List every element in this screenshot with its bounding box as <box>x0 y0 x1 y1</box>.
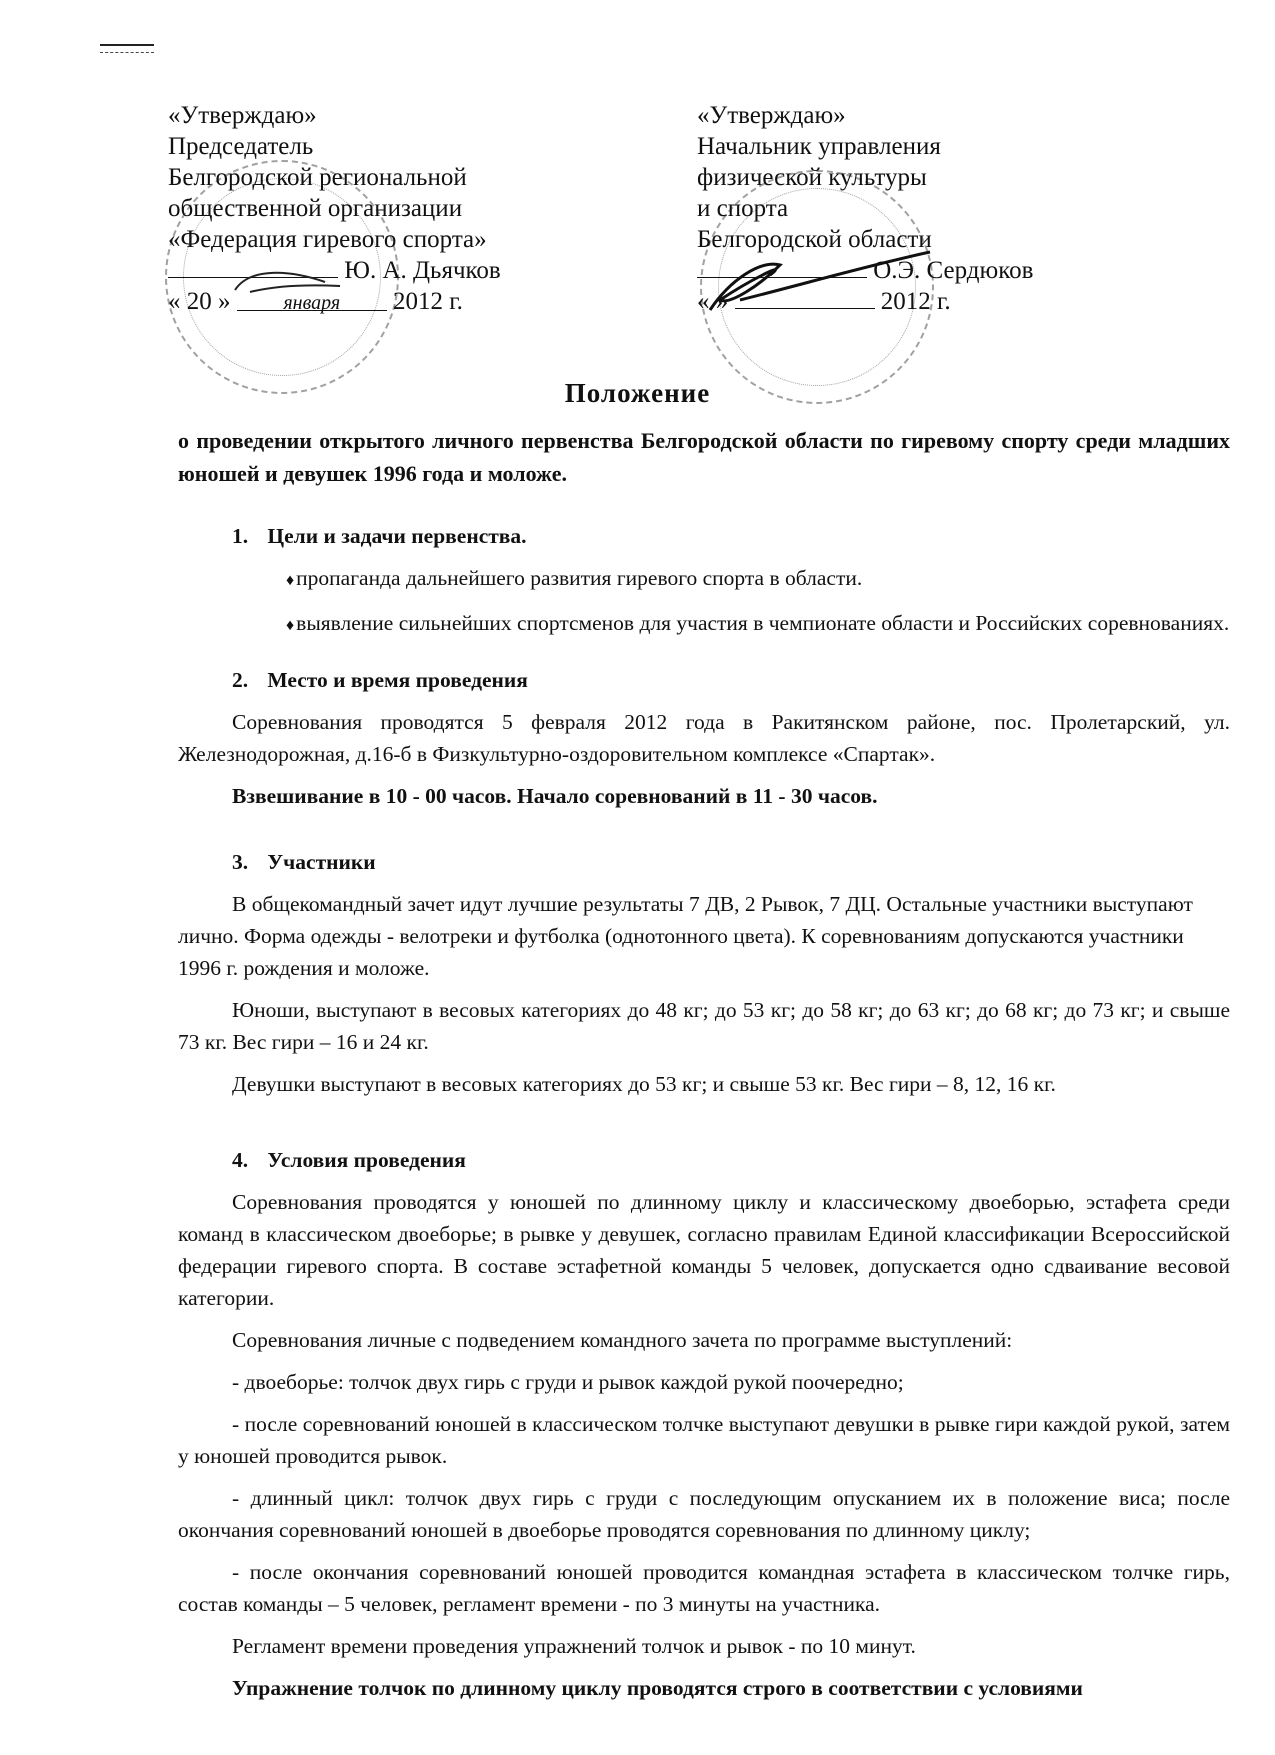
section-4-paragraph: - длинный цикл: толчок двух гирь с груди… <box>178 1482 1230 1546</box>
section-3-paragraph: Юноши, выступают в весовых категориях до… <box>178 994 1230 1058</box>
section-4-paragraph: - после окончания соревнований юношей пр… <box>178 1556 1230 1620</box>
bullet-text: выявление сильнейших спортсменов для уча… <box>296 611 1229 635</box>
approval-right-date: « » 2012 г. <box>697 286 1033 317</box>
section-1-heading: 1. Цели и задачи первенства. <box>178 520 1230 552</box>
section-title: Условия проведения <box>267 1148 466 1172</box>
approval-left-position-4: «Федерация гиревого спорта» <box>168 224 501 255</box>
approval-right-date-month-blank <box>735 286 875 309</box>
section-4-paragraph: - двоеборье: толчок двух гирь с груди и … <box>178 1366 1230 1398</box>
approval-left-heading: «Утверждаю» <box>168 100 501 131</box>
approval-right-date-day: « » <box>697 288 728 315</box>
approval-right-position-2: физической культуры <box>697 162 1033 193</box>
section-2-weighin-time: Взвешивание в 10 - 00 часов. Начало соре… <box>178 780 1230 812</box>
approval-left-signature-line: Ю. А. Дьячков <box>168 255 501 286</box>
document-title: Положение <box>0 378 1275 409</box>
diamond-bullet-icon: ♦ <box>232 565 294 597</box>
approval-block-right: «Утверждаю» Начальник управления физичес… <box>697 100 1033 317</box>
approval-left-position-3: общественной организации <box>168 193 501 224</box>
section-2-paragraph: Соревнования проводятся 5 февраля 2012 г… <box>178 706 1230 770</box>
approval-left-position-2: Белгородской региональной <box>168 162 501 193</box>
section-title: Место и время проведения <box>267 668 528 692</box>
section-number: 2. <box>232 664 262 696</box>
section-number: 3. <box>232 846 262 878</box>
section-title: Участники <box>267 850 375 874</box>
section-1-bullet: ♦выявление сильнейших спортсменов для уч… <box>178 607 1230 642</box>
scan-artifact-mark <box>100 44 154 53</box>
approval-right-position-1: Начальник управления <box>697 131 1033 162</box>
approval-right-signature-line: О.Э. Сердюков <box>697 255 1033 286</box>
section-4-paragraph: Упражнение толчок по длинному циклу пров… <box>178 1672 1230 1704</box>
approval-left-date-day: « 20 » <box>168 288 231 315</box>
section-3-paragraph: В общекомандный зачет идут лучшие резуль… <box>178 888 1230 984</box>
section-4-paragraph: Соревнования личные с подведением команд… <box>178 1324 1230 1356</box>
section-title: Цели и задачи первенства. <box>267 524 526 548</box>
section-4-paragraph: - после соревнований юношей в классическ… <box>178 1408 1230 1472</box>
section-4-heading: 4. Условия проведения <box>178 1144 1230 1176</box>
approval-right-signer: О.Э. Сердюков <box>873 257 1033 284</box>
approval-block-left: «Утверждаю» Председатель Белгородской ре… <box>168 100 501 317</box>
approval-left-signer: Ю. А. Дьячков <box>344 257 500 284</box>
approval-left-date: « 20 » января 2012 г. <box>168 286 501 317</box>
approval-left-position-1: Председатель <box>168 131 501 162</box>
signature-blank <box>168 255 338 278</box>
approval-right-position-3: и спорта <box>697 193 1033 224</box>
section-1-bullet: ♦пропаганда дальнейшего развития гиревог… <box>178 562 1230 597</box>
section-number: 4. <box>232 1144 262 1176</box>
document-subtitle: о проведении открытого личного первенств… <box>178 424 1230 490</box>
document-body: 1. Цели и задачи первенства. ♦пропаганда… <box>178 520 1230 1714</box>
approval-left-date-month: января <box>237 288 387 311</box>
approval-right-heading: «Утверждаю» <box>697 100 1033 131</box>
section-4-paragraph: Регламент времени проведения упражнений … <box>178 1630 1230 1662</box>
section-2-heading: 2. Место и время проведения <box>178 664 1230 696</box>
section-3-paragraph: Девушки выступают в весовых категориях д… <box>178 1068 1230 1100</box>
diamond-bullet-icon: ♦ <box>232 610 294 642</box>
bullet-text: пропаганда дальнейшего развития гиревого… <box>296 566 862 590</box>
section-4-paragraph: Соревнования проводятся у юношей по длин… <box>178 1186 1230 1314</box>
section-number: 1. <box>232 520 262 552</box>
signature-blank <box>697 255 867 278</box>
approval-right-position-4: Белгородской области <box>697 224 1033 255</box>
section-3-heading: 3. Участники <box>178 846 1230 878</box>
approval-left-date-year: 2012 г. <box>393 288 463 315</box>
approval-right-date-year: 2012 г. <box>881 288 951 315</box>
